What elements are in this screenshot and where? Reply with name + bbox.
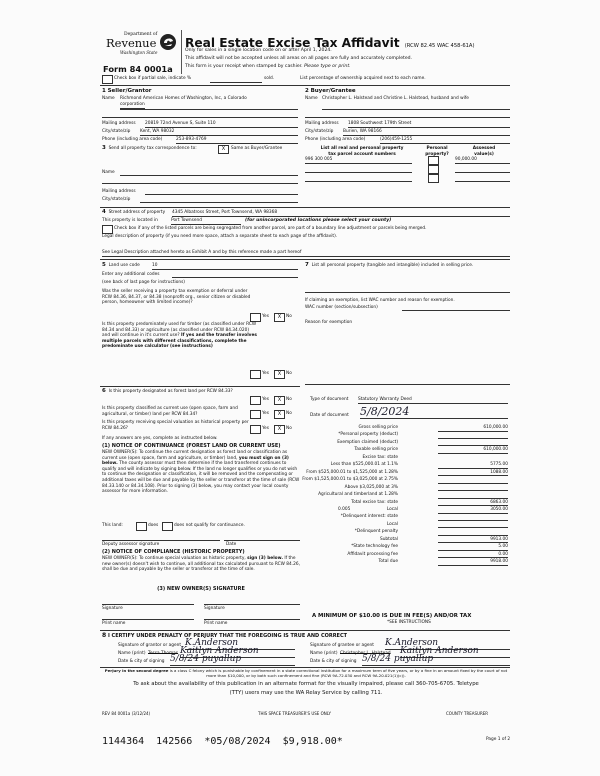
partial-sale-percent-field[interactable]	[210, 82, 262, 83]
tax-row-label: From $525,000.01 to $1,525,000 at 1.28%	[300, 470, 398, 476]
parcel-number-field[interactable]	[305, 166, 412, 173]
personal-property-field[interactable]	[305, 292, 510, 293]
additional-codes-label: Enter any additional codes	[102, 272, 159, 278]
tax-row-label: Total due	[300, 559, 398, 565]
grantee-date-field[interactable]: 5/8/24 puyallup	[362, 654, 510, 666]
current-use-no-checkbox[interactable]: X	[274, 410, 285, 419]
owner-print-name-field-1[interactable]	[102, 619, 194, 620]
correspondence-mailing-label: Mailing address	[102, 189, 136, 195]
tax-row-label: *State technology fee	[300, 544, 398, 550]
tax-row-label: Exemption claimed (deduct)	[300, 440, 398, 446]
divider	[100, 386, 300, 387]
tax-row-label: Subtotal	[300, 537, 398, 543]
ownership-note: List percentage of ownership acquired ne…	[300, 76, 426, 82]
exemption-claim-label: If claiming an exemption, list WAC numbe…	[305, 298, 455, 304]
land-use-code-field[interactable]: 10	[152, 263, 298, 270]
reason-field[interactable]	[305, 384, 510, 385]
yes-label: Yes	[262, 426, 269, 432]
seller-phone-field[interactable]: 253-893-4769	[176, 137, 298, 144]
this-land-label: This land:	[102, 523, 123, 529]
tax-row-value-field[interactable]: 5.00	[438, 544, 508, 551]
revenue-wordmark: Revenue	[106, 37, 156, 49]
tax-row-label: Taxable selling price	[300, 447, 398, 453]
buyer-name-value[interactable]: Christopher L. Halstead and Christine L.…	[322, 96, 469, 102]
perjury-note: Perjury in the second degree is a class …	[100, 668, 512, 678]
state-line: Washington State	[120, 50, 157, 55]
parcel-header: List all real and personal propertytax p…	[312, 146, 412, 157]
no-label: No	[286, 426, 292, 432]
header-line-1: Only for sales in a single location code…	[185, 48, 332, 54]
tax-row-value-field[interactable]: 5775.00	[438, 462, 508, 469]
personal-property-label: 7 List all personal property (tangible a…	[305, 263, 510, 269]
buyer-phone-field[interactable]: (206)459-1255	[380, 137, 510, 144]
tax-row-label: Affidavit processing fee	[300, 552, 398, 558]
seller-heading: 1 Seller/Grantor	[102, 88, 151, 94]
see-back-note: (see back of last page for instructions)	[102, 280, 185, 286]
historic-yes-checkbox[interactable]	[250, 425, 261, 434]
type-or-print-note: Please type or print.	[304, 64, 351, 69]
q1-yes-checkbox[interactable]	[250, 313, 261, 322]
signature-label: Signature	[204, 606, 225, 612]
historic-question: Is this property receiving special valua…	[102, 420, 252, 431]
assessed-value-field[interactable]	[455, 175, 510, 182]
tax-row-value-field[interactable]: 1088.00	[438, 470, 508, 477]
buyer-mailing-field[interactable]: 1808 Southwest 179th Street	[348, 121, 510, 128]
accessibility-note-1: To ask about the availability of this pu…	[100, 681, 512, 687]
seller-name-line	[120, 109, 298, 110]
grantee-name-label: Name (print)	[310, 651, 338, 657]
correspondence-row: 3 Send all property tax correspondence t…	[102, 146, 197, 152]
personal-property-checkbox[interactable]	[428, 165, 439, 174]
tax-row-value-field[interactable]: 6863.00	[438, 500, 508, 507]
tax-row-label: Local	[300, 522, 398, 528]
buyer-name-label: Name	[305, 96, 318, 102]
document-type-field[interactable]: Statutory Warranty Deed	[358, 397, 508, 404]
divider	[100, 630, 510, 631]
parcel-number-field[interactable]	[305, 175, 412, 182]
segregated-label: Check box if any of the listed parcels a…	[114, 226, 427, 232]
does-not-label: does not qualify for continuance.	[174, 523, 245, 529]
assessed-value-field[interactable]: 90,000.00	[455, 157, 510, 164]
signature-label: Signature	[102, 606, 123, 612]
minimum-note: A MINIMUM OF $10.00 IS DUE IN FEE(S) AND…	[312, 613, 471, 619]
land-use-row: 5 Land use code	[102, 263, 140, 269]
located-label: This property is located in	[102, 218, 158, 224]
dor-swirl-icon	[159, 33, 177, 51]
same-as-buyer-checkbox[interactable]: X	[218, 145, 229, 154]
exemption-question: Was the seller receiving a property tax …	[102, 289, 254, 306]
print-name-label: Print name	[102, 621, 125, 627]
historic-no-checkbox[interactable]: X	[274, 425, 285, 434]
partial-sale-label: Check box if partial sale, indicate %	[114, 76, 191, 82]
grantee-sig-label: Signature of grantee or agent	[310, 643, 374, 649]
street-address-field[interactable]: 4345 Albatross Street, Port Townsend, WA…	[172, 210, 510, 217]
deputy-date-label: Date	[226, 542, 236, 548]
tax-row-label: From $1,525,000.01 to $3,025,000 at 2.75…	[300, 477, 398, 483]
correspondence-name-label: Name	[102, 170, 115, 176]
tax-row-value-field[interactable]: 0.00	[438, 552, 508, 559]
grantor-sig-label: Signature of grantor or agent	[118, 643, 181, 649]
located-note: (for unincorporated locations please sel…	[245, 218, 391, 223]
tax-row-label: Excise tax: state	[300, 455, 398, 461]
divider	[100, 85, 510, 86]
notice-continuance-text: NEW OWNER(S): To continue the current de…	[102, 450, 300, 495]
grantor-date-field[interactable]: 5/8/24 puyallup	[170, 654, 295, 666]
tax-row-value-field[interactable]	[438, 522, 508, 529]
yes-label: Yes	[262, 411, 269, 417]
additional-codes-field[interactable]	[172, 277, 298, 278]
divider	[100, 207, 510, 208]
print-name-label: Print name	[204, 621, 227, 627]
legal-description-field[interactable]: See Legal Description attached hereto as…	[102, 250, 510, 257]
forest-question: 6 Is this property designated as forest …	[102, 389, 252, 395]
page-number: Page 1 of 2	[486, 737, 510, 742]
does-not-checkbox[interactable]	[162, 522, 173, 531]
owner-signature-field-1[interactable]	[102, 604, 194, 605]
timber-question: Is this property predominately used for …	[102, 322, 257, 350]
assessed-value-field[interactable]	[455, 166, 510, 173]
current-use-yes-checkbox[interactable]	[250, 410, 261, 419]
seller-phone-label: Phone (including area code)	[102, 137, 162, 143]
owner-signature-field-2[interactable]	[204, 604, 300, 605]
see-instructions: *SEE INSTRUCTIONS	[387, 620, 431, 626]
document-type-label: Type of document	[310, 397, 348, 403]
tax-row-value-field[interactable]	[438, 529, 508, 536]
tax-row-label: Less than $525,000.01 at 1.1%	[300, 462, 398, 468]
deputy-date-field[interactable]	[224, 540, 300, 541]
tax-row-value-field[interactable]: 9913.00	[438, 537, 508, 544]
segregated-checkbox[interactable]	[102, 225, 113, 234]
street-label-row: 4 Street address of property	[102, 210, 165, 216]
buyer-phone-label: Phone (including area code)	[305, 137, 365, 143]
tax-row-label: Gross selling price	[300, 425, 398, 431]
seller-city-label: City/state/zip	[102, 129, 130, 135]
seller-name-value-2[interactable]: corporation	[120, 102, 145, 109]
grantor-date-label: Date & city of signing	[118, 659, 165, 665]
tax-row-label: Agricultural and timberland at 1.28%	[300, 492, 398, 498]
deputy-signature-field[interactable]	[102, 540, 220, 541]
tax-row-value-field[interactable]	[438, 440, 508, 447]
tax-row-value-field[interactable]	[438, 485, 508, 492]
header-divider	[181, 30, 182, 74]
q2-yes-checkbox[interactable]	[250, 370, 261, 379]
buyer-name-line	[322, 109, 510, 110]
receipt-note: This form is your receipt when stamped b…	[185, 64, 303, 69]
correspondence-name-field[interactable]	[120, 175, 298, 176]
tax-row-value-field[interactable]: 3050.00	[438, 507, 508, 514]
treasurer-stamp: 1144364 142566 *05/08/2024 $9,918.00*	[102, 736, 343, 747]
divider	[100, 259, 510, 260]
buyer-heading: 2 Buyer/Grantee	[305, 88, 356, 94]
form-title-ref: (RCW 82.45 WAC 458-61A)	[405, 43, 475, 49]
tax-row-value-field[interactable]	[438, 477, 508, 484]
does-label: does	[148, 523, 158, 529]
q1-no-checkbox[interactable]: X	[274, 313, 285, 322]
document-date-field[interactable]: 5/8/2024	[360, 405, 508, 419]
yes-label: Yes	[262, 371, 269, 377]
same-as-buyer-label: Same as Buyer/Grantee	[231, 146, 282, 152]
county-treasurer-label: COUNTY TREASURER	[446, 711, 488, 716]
personal-property-checkbox[interactable]	[428, 174, 439, 183]
buyer-city-field[interactable]: Burien, WA 98166	[343, 129, 510, 136]
dor-logo: Department of Revenue Washington State	[106, 32, 178, 62]
no-label: No	[286, 411, 292, 417]
affidavit-page: Department of Revenue Washington State F…	[0, 0, 600, 776]
current-use-question: Is this property classified as current u…	[102, 406, 252, 417]
seller-mailing-field[interactable]: 20819 72nd Avenue S, Suite 110	[145, 121, 298, 128]
form-number: Form 84 0001a	[103, 64, 173, 74]
seller-name-line-2	[102, 117, 298, 118]
new-owner-signature-heading: (3) NEW OWNER(S) SIGNATURE	[102, 586, 300, 592]
q2-no-checkbox[interactable]: X	[274, 370, 285, 379]
reason-label: Reason for exemption	[305, 320, 352, 326]
forest-yes-checkbox[interactable]	[250, 396, 261, 405]
notice-compliance-heading: (2) NOTICE OF COMPLIANCE (HISTORIC PROPE…	[102, 549, 245, 555]
grantor-name-label: Name (print)	[118, 651, 146, 657]
wac-number-field[interactable]	[402, 310, 510, 311]
seller-name-label: Name	[102, 96, 115, 102]
assessed-header: Assessedvalue(s)	[458, 146, 510, 157]
partial-sale-sold: sold.	[264, 76, 274, 82]
correspondence-name-line-2	[102, 183, 298, 184]
if-yes-note: If any answers are yes, complete as inst…	[102, 436, 217, 442]
local-rate: 0.005	[338, 507, 350, 513]
wac-label: WAC number (section/subsection)	[305, 305, 378, 311]
yes-label: Yes	[262, 314, 269, 320]
notice-continuance-heading: (1) NOTICE OF CONTINUANCE (FOREST LAND O…	[102, 443, 281, 449]
seller-city-field[interactable]: Kent, WA 98032	[140, 129, 298, 136]
revision-code: REV 84 0001a (3/12/24)	[102, 711, 150, 716]
tax-row-value-field[interactable]	[438, 432, 508, 439]
tax-row-value-field[interactable]: 610,000.00	[438, 447, 508, 454]
personal-property-checkbox[interactable]	[428, 156, 439, 165]
tax-row-value-field[interactable]: 610,000.00	[438, 425, 508, 432]
tax-row-value-field[interactable]	[438, 492, 508, 499]
seller-name-value[interactable]: Richmond American Homes of Washington, I…	[120, 96, 247, 102]
no-label: No	[286, 314, 292, 320]
yes-label: Yes	[262, 397, 269, 403]
tax-row-label: *Delinquent interest: state	[300, 514, 398, 520]
deputy-signature-label: Deputy assessor signature	[102, 542, 159, 548]
buyer-mailing-label: Mailing address	[305, 121, 339, 127]
tax-row-value-field[interactable]	[438, 514, 508, 521]
partial-sale-checkbox[interactable]	[102, 75, 113, 84]
header-line-2: This affidavit will not be accepted unle…	[185, 56, 412, 62]
tax-row-label: *Delinquent penalty	[300, 529, 398, 535]
correspondence-city-label: City/state/zip	[102, 197, 130, 203]
accessibility-note-2: (TTY) users may use the WA Relay Service…	[100, 690, 512, 696]
tax-row-label: *Personal property (deduct)	[300, 432, 398, 438]
forest-no-checkbox[interactable]: X	[274, 396, 285, 405]
notice-compliance-text: NEW OWNER(S): To continue special valuat…	[102, 556, 300, 573]
treasurer-use-note: THIS SPACE TREASURER'S USE ONLY	[258, 711, 331, 716]
buyer-city-label: City/state/zip	[305, 129, 333, 135]
buyer-name-line-2	[305, 117, 510, 118]
correspondence-city-field[interactable]	[140, 202, 298, 203]
owner-print-name-field-2[interactable]	[204, 619, 300, 620]
document-date-label: Date of document	[310, 413, 349, 419]
seller-mailing-label: Mailing address	[102, 121, 136, 127]
header-line-3: This form is your receipt when stamped b…	[185, 64, 351, 70]
no-label: No	[286, 397, 292, 403]
tax-row-label: Above $3,025,000 at 3%	[300, 485, 398, 491]
parcel-number-field[interactable]: 996 300 005	[305, 157, 412, 164]
tax-row-value-field[interactable]: 9918.00	[438, 559, 508, 566]
legal-label: Legal description of property (if you ne…	[102, 234, 337, 240]
correspondence-mailing-field[interactable]	[145, 194, 298, 195]
does-checkbox[interactable]	[136, 522, 147, 531]
located-field[interactable]: Port Townsend	[171, 218, 241, 225]
grantee-date-label: Date & city of signing	[310, 659, 357, 665]
tax-row-label: Total excise tax: state	[300, 500, 398, 506]
no-label: No	[286, 371, 292, 377]
